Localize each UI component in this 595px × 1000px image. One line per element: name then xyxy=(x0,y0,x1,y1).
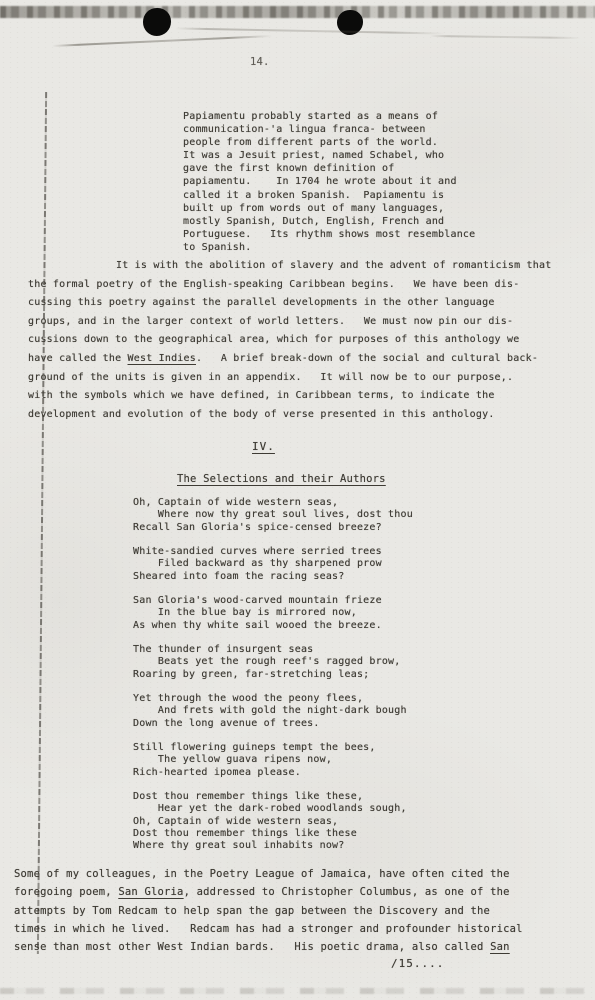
section-heading: The Selections and their Authors xyxy=(177,473,386,485)
scratch-line-1 xyxy=(52,35,272,46)
scratch-line-2 xyxy=(175,27,445,34)
hole-punch-mark-left xyxy=(143,8,171,36)
next-page-ref: /15.... xyxy=(391,957,444,970)
papiamentu-quote: Papiamentu probably started as a means o… xyxy=(183,110,513,254)
page-scan: 14. Papiamentu probably started as a mea… xyxy=(0,0,595,1000)
page-number: 14. xyxy=(250,56,270,68)
paper-fold-line xyxy=(37,92,47,954)
slavery-paragraph: It is with the abolition of slavery and … xyxy=(28,257,563,424)
scan-noise-band xyxy=(0,6,595,18)
scratch-line-3 xyxy=(430,35,580,39)
san-gloria-poem: Oh, Captain of wide western seas, Where … xyxy=(133,497,463,852)
colleagues-paragraph: Some of my colleagues, in the Poetry Lea… xyxy=(14,865,579,956)
section-numeral: IV. xyxy=(252,440,275,453)
bottom-scan-streak xyxy=(0,988,595,994)
